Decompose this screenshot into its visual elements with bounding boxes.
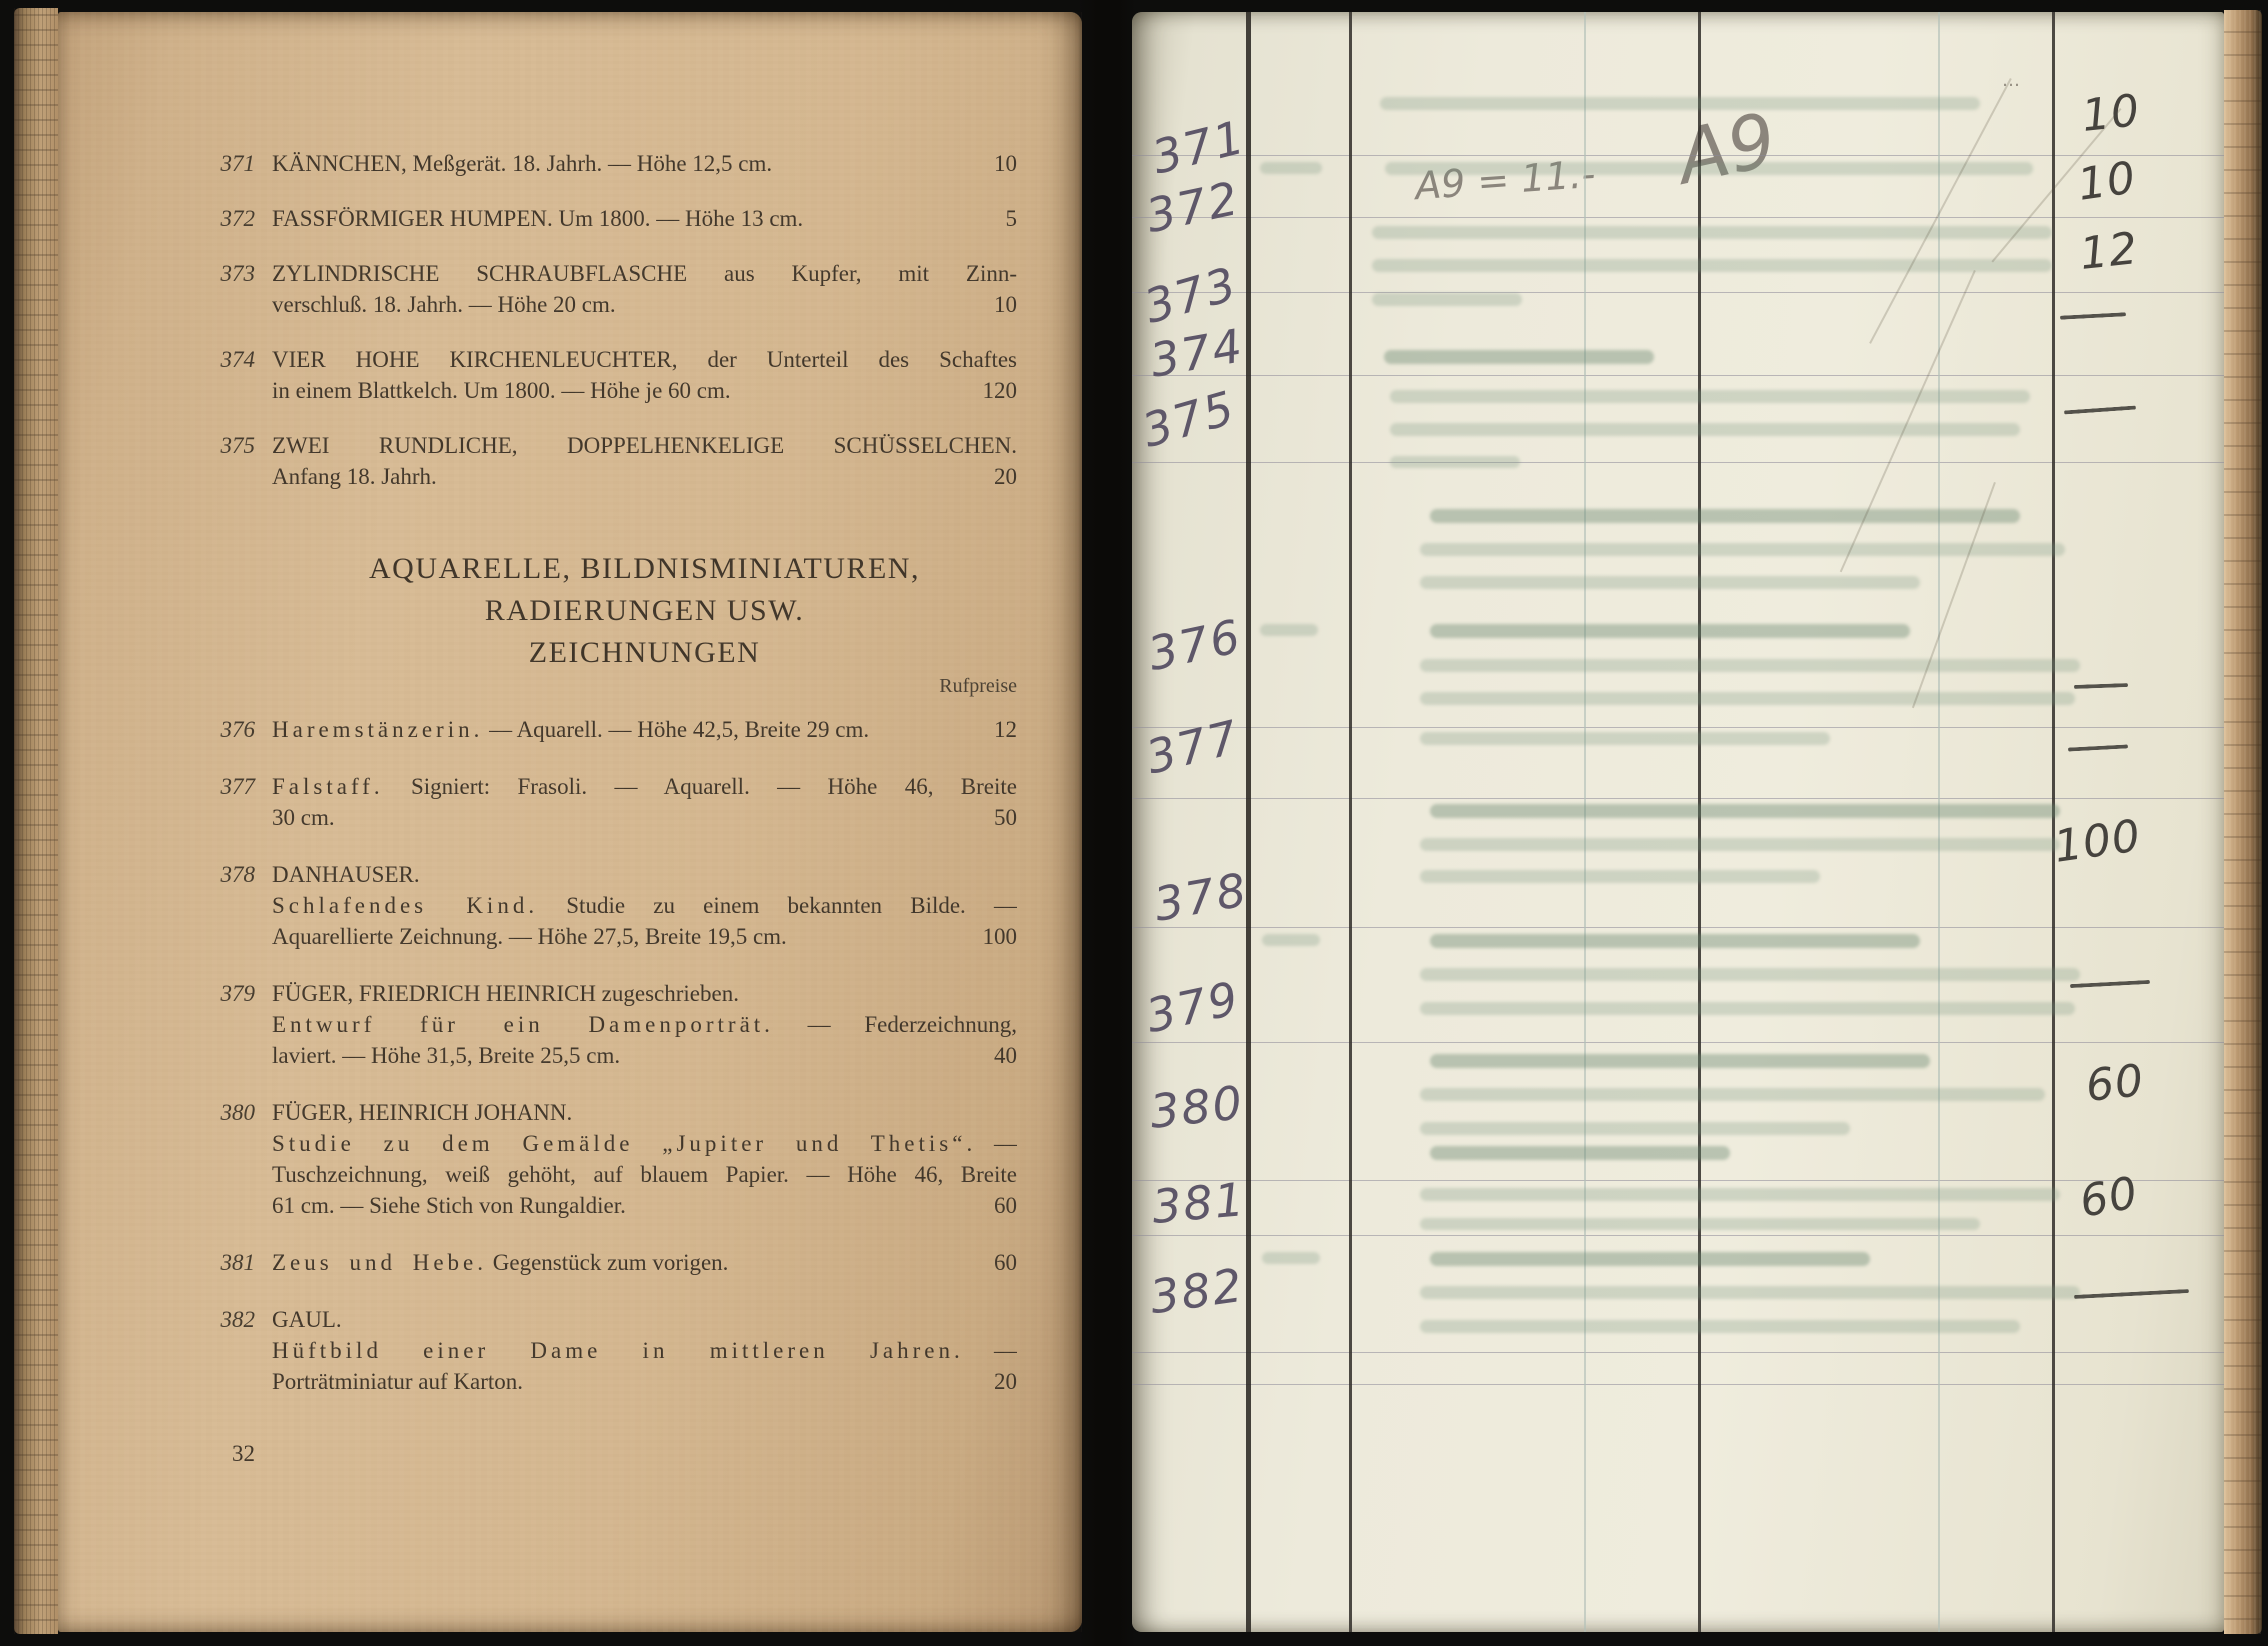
section-heading: AQUARELLE, BILDNISMINIATUREN, RADIERUNGE… <box>272 548 1017 674</box>
page-stack-left-edge <box>14 8 58 1634</box>
entry-text: 30 cm. <box>272 802 335 833</box>
bleedthrough-text-ghost <box>1420 1286 2080 1299</box>
handwritten-note-margin: A9 <box>1670 97 1783 201</box>
ruled-line-horizontal <box>1132 798 2224 799</box>
bleedthrough-text-ghost <box>1430 1054 1930 1068</box>
bleedthrough-text-ghost <box>1262 1252 1320 1264</box>
handwritten-lot-number: 382 <box>1147 1258 1247 1325</box>
catalog-entry: 375ZWEI RUNDLICHE, DOPPELHENKELIGE SCHÜS… <box>58 430 1082 492</box>
bleedthrough-text-ghost <box>1420 1320 2020 1333</box>
entry-text: Falstaff. Signiert: Frasoli. — Aquarell.… <box>272 774 1017 799</box>
lot-number: 380 <box>58 1097 255 1221</box>
bleedthrough-text-ghost <box>1380 97 1980 110</box>
handwritten-dash <box>2074 1289 2189 1299</box>
bleedthrough-text-ghost <box>1372 226 2052 239</box>
bleedthrough-text-ghost <box>1260 162 1322 174</box>
entry-text: Hüftbild einer Dame in mittleren Jahren.… <box>272 1338 1017 1363</box>
starting-price: 10 <box>994 289 1017 320</box>
lot-number: 374 <box>58 344 255 406</box>
catalog-entry: 382GAUL.Hüftbild einer Dame in mittleren… <box>58 1304 1082 1397</box>
catalog-entry: 374VIER HOHE KIRCHENLEUCHTER, der Untert… <box>58 344 1082 406</box>
entry-text-line: FÜGER, FRIEDRICH HEINRICH zugeschrieben. <box>272 978 1017 1009</box>
handwritten-lot-number: 381 <box>1150 1172 1248 1234</box>
entry-text-line: ZYLINDRISCHE SCHRAUBFLASCHE aus Kupfer, … <box>272 258 1017 289</box>
entry-text-line: Studie zu dem Gemälde „Jupiter und Theti… <box>272 1128 1017 1159</box>
bleedthrough-text-ghost <box>1430 1252 1870 1266</box>
bleedthrough-text-ghost <box>1372 293 1522 306</box>
entry-text: Anfang 18. Jahrh. <box>272 461 437 492</box>
entry-text-line: laviert. — Höhe 31,5, Breite 25,5 cm.40 <box>272 1040 1017 1071</box>
lot-number: 378 <box>58 859 255 952</box>
ruled-line-horizontal <box>1132 727 2224 728</box>
handwritten-price: 60 <box>2076 1167 2142 1227</box>
entry-text-line: Zeus und Hebe. Gegenstück zum vorigen.60 <box>272 1247 1017 1278</box>
binding-gutter-shadow <box>1078 0 1136 1646</box>
ruled-line-horizontal <box>1132 1352 2224 1353</box>
entry-text-line: VIER HOHE KIRCHENLEUCHTER, der Unterteil… <box>272 344 1017 375</box>
entry-text-line: KÄNNCHEN, Meßgerät. 18. Jahrh. — Höhe 12… <box>272 148 1017 179</box>
ruled-line-horizontal <box>1132 1235 2224 1236</box>
entry-text: Schlafendes Kind. Studie zu einem bekann… <box>272 893 1017 918</box>
bleedthrough-text-ghost <box>1430 804 2060 818</box>
catalog-entry: 380FÜGER, HEINRICH JOHANN.Studie zu dem … <box>58 1097 1082 1221</box>
catalog-entry: 378DANHAUSER.Schlafendes Kind. Studie zu… <box>58 859 1082 952</box>
entry-description: Haremstänzerin. — Aquarell. — Höhe 42,5,… <box>272 714 1017 745</box>
lot-number: 371 <box>58 148 255 179</box>
entry-text: in einem Blattkelch. Um 1800. — Höhe je … <box>272 375 731 406</box>
entry-text-line: Aquarellierte Zeichnung. — Höhe 27,5, Br… <box>272 921 1017 952</box>
entry-text: ZYLINDRISCHE SCHRAUBFLASCHE aus Kupfer, … <box>272 261 1017 286</box>
entry-text-line: 30 cm.50 <box>272 802 1017 833</box>
ruled-line-horizontal <box>1132 1180 2224 1181</box>
ruled-line-horizontal <box>1132 292 2224 293</box>
entry-text: Entwurf für ein Damenporträt. — Federzei… <box>272 1012 1017 1037</box>
entry-text: laviert. — Höhe 31,5, Breite 25,5 cm. <box>272 1040 620 1071</box>
page-number: 32 <box>58 1441 255 1467</box>
handwritten-lot-number: 372 <box>1141 171 1244 243</box>
handwritten-price: 10 <box>2075 152 2140 211</box>
entry-text: Haremstänzerin. — Aquarell. — Höhe 42,5,… <box>272 714 869 745</box>
handwritten-lot-number: 376 <box>1143 609 1246 681</box>
handwritten-lot-number: 378 <box>1150 862 1252 931</box>
bleedthrough-text-ghost <box>1420 968 2080 981</box>
handwritten-dash <box>2074 683 2128 689</box>
catalog-entry: 372FASSFÖRMIGER HUMPEN. Um 1800. — Höhe … <box>58 203 1082 234</box>
entry-text-line: DANHAUSER. <box>272 859 1017 890</box>
ruled-line-horizontal <box>1132 1384 2224 1385</box>
entry-description: FASSFÖRMIGER HUMPEN. Um 1800. — Höhe 13 … <box>272 203 1017 234</box>
entry-text: Aquarellierte Zeichnung. — Höhe 27,5, Br… <box>272 921 787 952</box>
entry-text-line: FASSFÖRMIGER HUMPEN. Um 1800. — Höhe 13 … <box>272 203 1017 234</box>
bleedthrough-text-ghost <box>1390 390 2030 403</box>
starting-price: 20 <box>994 461 1017 492</box>
entry-text-line: Porträtminiatur auf Karton.20 <box>272 1366 1017 1397</box>
entry-text-line: Haremstänzerin. — Aquarell. — Höhe 42,5,… <box>272 714 1017 745</box>
starting-price: 40 <box>994 1040 1017 1071</box>
lot-number: 377 <box>58 771 255 833</box>
entry-text: 61 cm. — Siehe Stich von Rungaldier. <box>272 1190 626 1221</box>
entry-description: GAUL.Hüftbild einer Dame in mittleren Ja… <box>272 1304 1017 1397</box>
entry-text-line: Entwurf für ein Damenporträt. — Federzei… <box>272 1009 1017 1040</box>
book-spread-scan: 371KÄNNCHEN, Meßgerät. 18. Jahrh. — Höhe… <box>0 0 2268 1646</box>
bleedthrough-text-ghost <box>1430 509 2020 523</box>
entry-text: KÄNNCHEN, Meßgerät. 18. Jahrh. — Höhe 12… <box>272 148 772 179</box>
bleedthrough-text-ghost <box>1420 1218 1980 1230</box>
bleedthrough-text-ghost <box>1420 692 2075 705</box>
bleedthrough-text-ghost <box>1420 659 2080 672</box>
bleedthrough-text-ghost <box>1385 162 2033 175</box>
handwritten-price: 100 <box>2051 810 2144 873</box>
entry-text: FASSFÖRMIGER HUMPEN. Um 1800. — Höhe 13 … <box>272 203 803 234</box>
ruled-line-horizontal <box>1132 927 2224 928</box>
entry-text: Porträtminiatur auf Karton. <box>272 1366 523 1397</box>
section-heading-line-1: AQUARELLE, BILDNISMINIATUREN, <box>272 548 1017 590</box>
entry-description: ZYLINDRISCHE SCHRAUBFLASCHE aus Kupfer, … <box>272 258 1017 320</box>
entry-text: verschluß. 18. Jahrh. — Höhe 20 cm. <box>272 289 616 320</box>
starting-price: 100 <box>983 921 1018 952</box>
bleedthrough-text-ghost <box>1384 350 1654 364</box>
ruled-line-horizontal <box>1132 155 2224 156</box>
ruled-line-vertical-faint <box>1938 12 1940 1632</box>
ledger-page-right: … A9 = 11.- A9 3713723733743753763773783… <box>1132 12 2224 1632</box>
entries-metal-objects: 371KÄNNCHEN, Meßgerät. 18. Jahrh. — Höhe… <box>58 148 1082 492</box>
catalog-entry: 376Haremstänzerin. — Aquarell. — Höhe 42… <box>58 714 1082 745</box>
entry-text: ZWEI RUNDLICHE, DOPPELHENKELIGE SCHÜSSEL… <box>272 433 1017 458</box>
page-stack-right-edge <box>2224 10 2262 1634</box>
handwritten-lot-number: 371 <box>1147 109 1251 184</box>
catalog-page-content: 371KÄNNCHEN, Meßgerät. 18. Jahrh. — Höhe… <box>58 12 1082 1632</box>
bleedthrough-text-ghost <box>1420 576 1920 589</box>
bleedthrough-text-ghost <box>1430 1146 1730 1160</box>
handwritten-lot-number: 380 <box>1147 1075 1246 1139</box>
lot-number: 372 <box>58 203 255 234</box>
ruled-line-vertical <box>1349 12 1352 1632</box>
entry-text-line: Hüftbild einer Dame in mittleren Jahren.… <box>272 1335 1017 1366</box>
ruled-line-horizontal <box>1132 1042 2224 1043</box>
entry-description: FÜGER, FRIEDRICH HEINRICH zugeschrieben.… <box>272 978 1017 1071</box>
bleedthrough-text-ghost <box>1390 423 2020 436</box>
handwritten-dash <box>2068 744 2128 751</box>
handwritten-lot-number: 377 <box>1141 709 1245 784</box>
handwritten-lot-number: 379 <box>1141 971 1244 1043</box>
catalog-entry: 373ZYLINDRISCHE SCHRAUBFLASCHE aus Kupfe… <box>58 258 1082 320</box>
starting-price: 5 <box>1006 203 1018 234</box>
catalog-entry: 379FÜGER, FRIEDRICH HEINRICH zugeschrieb… <box>58 978 1082 1071</box>
handwritten-lot-number: 375 <box>1136 380 1241 458</box>
bleedthrough-text-ghost <box>1390 456 1520 468</box>
lot-number: 375 <box>58 430 255 492</box>
handwritten-price: 12 <box>2077 223 2140 280</box>
entry-text-line: verschluß. 18. Jahrh. — Höhe 20 cm.10 <box>272 289 1017 320</box>
pencil-scratch <box>1869 78 2012 344</box>
entry-text: GAUL. <box>272 1307 342 1332</box>
lot-number: 381 <box>58 1247 255 1278</box>
starting-price: 60 <box>994 1247 1017 1278</box>
bleedthrough-text-ghost <box>1420 1122 1850 1135</box>
handwritten-dash <box>2064 405 2136 414</box>
entry-text: FÜGER, HEINRICH JOHANN. <box>272 1100 572 1125</box>
bleedthrough-text-ghost <box>1420 870 1820 883</box>
entry-description: Zeus und Hebe. Gegenstück zum vorigen.60 <box>272 1247 1017 1278</box>
section-heading-line-2: RADIERUNGEN USW. <box>272 590 1017 632</box>
entry-text: DANHAUSER. <box>272 862 420 887</box>
entry-text-line: Anfang 18. Jahrh.20 <box>272 461 1017 492</box>
ruled-line-vertical <box>1698 12 1701 1632</box>
bleedthrough-text-ghost <box>1430 934 1920 948</box>
catalog-page-left: 371KÄNNCHEN, Meßgerät. 18. Jahrh. — Höhe… <box>58 12 1082 1632</box>
bleedthrough-text-ghost <box>1260 624 1318 636</box>
bleedthrough-text-ghost <box>1420 732 1830 745</box>
entry-description: ZWEI RUNDLICHE, DOPPELHENKELIGE SCHÜSSEL… <box>272 430 1017 492</box>
bleedthrough-text-ghost <box>1420 1002 2075 1015</box>
price-column-label: Rufpreise <box>272 674 1017 698</box>
ruled-line-vertical <box>1246 12 1251 1632</box>
bleedthrough-text-ghost <box>1430 624 1910 638</box>
handwritten-dash <box>2060 312 2126 319</box>
ruled-line-vertical-faint <box>1584 12 1586 1632</box>
entry-text: Zeus und Hebe. Gegenstück zum vorigen. <box>272 1247 728 1278</box>
bleedthrough-text-ghost <box>1420 1188 2060 1201</box>
entry-description: KÄNNCHEN, Meßgerät. 18. Jahrh. — Höhe 12… <box>272 148 1017 179</box>
bleedthrough-text-ghost <box>1262 934 1320 946</box>
handwritten-dash <box>2070 980 2150 988</box>
entry-text-line: Falstaff. Signiert: Frasoli. — Aquarell.… <box>272 771 1017 802</box>
entry-text: VIER HOHE KIRCHENLEUCHTER, der Unterteil… <box>272 347 1017 372</box>
entry-text-line: GAUL. <box>272 1304 1017 1335</box>
entry-text: FÜGER, FRIEDRICH HEINRICH zugeschrieben. <box>272 981 739 1006</box>
lot-number: 376 <box>58 714 255 745</box>
lot-number: 382 <box>58 1304 255 1397</box>
entries-artworks: 376Haremstänzerin. — Aquarell. — Höhe 42… <box>58 714 1082 1397</box>
ruled-line-horizontal <box>1132 462 2224 463</box>
catalog-entry: 381Zeus und Hebe. Gegenstück zum vorigen… <box>58 1247 1082 1278</box>
section-heading-line-3: ZEICHNUNGEN <box>272 632 1017 674</box>
ruled-line-horizontal <box>1132 217 2224 218</box>
lot-number: 379 <box>58 978 255 1071</box>
starting-price: 20 <box>994 1366 1017 1397</box>
bleedthrough-text-ghost <box>1372 259 2052 272</box>
entry-description: Falstaff. Signiert: Frasoli. — Aquarell.… <box>272 771 1017 833</box>
ruled-line-horizontal <box>1132 375 2224 376</box>
entry-text-line: 61 cm. — Siehe Stich von Rungaldier.60 <box>272 1190 1017 1221</box>
starting-price: 60 <box>994 1190 1017 1221</box>
entry-text-line: Schlafendes Kind. Studie zu einem bekann… <box>272 890 1017 921</box>
entry-text-line: in einem Blattkelch. Um 1800. — Höhe je … <box>272 375 1017 406</box>
handwritten-price: 10 <box>2079 85 2142 142</box>
entry-text-line: FÜGER, HEINRICH JOHANN. <box>272 1097 1017 1128</box>
handwritten-price: 60 <box>2083 1055 2146 1112</box>
starting-price: 50 <box>994 802 1017 833</box>
pencil-scratch <box>1840 270 1976 572</box>
bleedthrough-text-ghost <box>1420 838 2060 851</box>
lot-number: 373 <box>58 258 255 320</box>
entry-text-line: Tuschzeichnung, weiß gehöht, auf blauem … <box>272 1159 1017 1190</box>
entry-description: DANHAUSER.Schlafendes Kind. Studie zu ei… <box>272 859 1017 952</box>
starting-price: 12 <box>994 714 1017 745</box>
starting-price: 10 <box>994 148 1017 179</box>
catalog-entry: 377Falstaff. Signiert: Frasoli. — Aquare… <box>58 771 1082 833</box>
entry-text-line: ZWEI RUNDLICHE, DOPPELHENKELIGE SCHÜSSEL… <box>272 430 1017 461</box>
catalog-entry: 371KÄNNCHEN, Meßgerät. 18. Jahrh. — Höhe… <box>58 148 1082 179</box>
entry-description: FÜGER, HEINRICH JOHANN.Studie zu dem Gem… <box>272 1097 1017 1221</box>
bleedthrough-text-ghost <box>1420 1088 2045 1101</box>
starting-price: 120 <box>983 375 1018 406</box>
handwritten-note-cell: A9 = 11.- <box>1414 152 1597 208</box>
entry-text: Studie zu dem Gemälde „Jupiter und Theti… <box>272 1131 1017 1156</box>
entry-text: Tuschzeichnung, weiß gehöht, auf blauem … <box>272 1162 1017 1187</box>
entry-description: VIER HOHE KIRCHENLEUCHTER, der Unterteil… <box>272 344 1017 406</box>
